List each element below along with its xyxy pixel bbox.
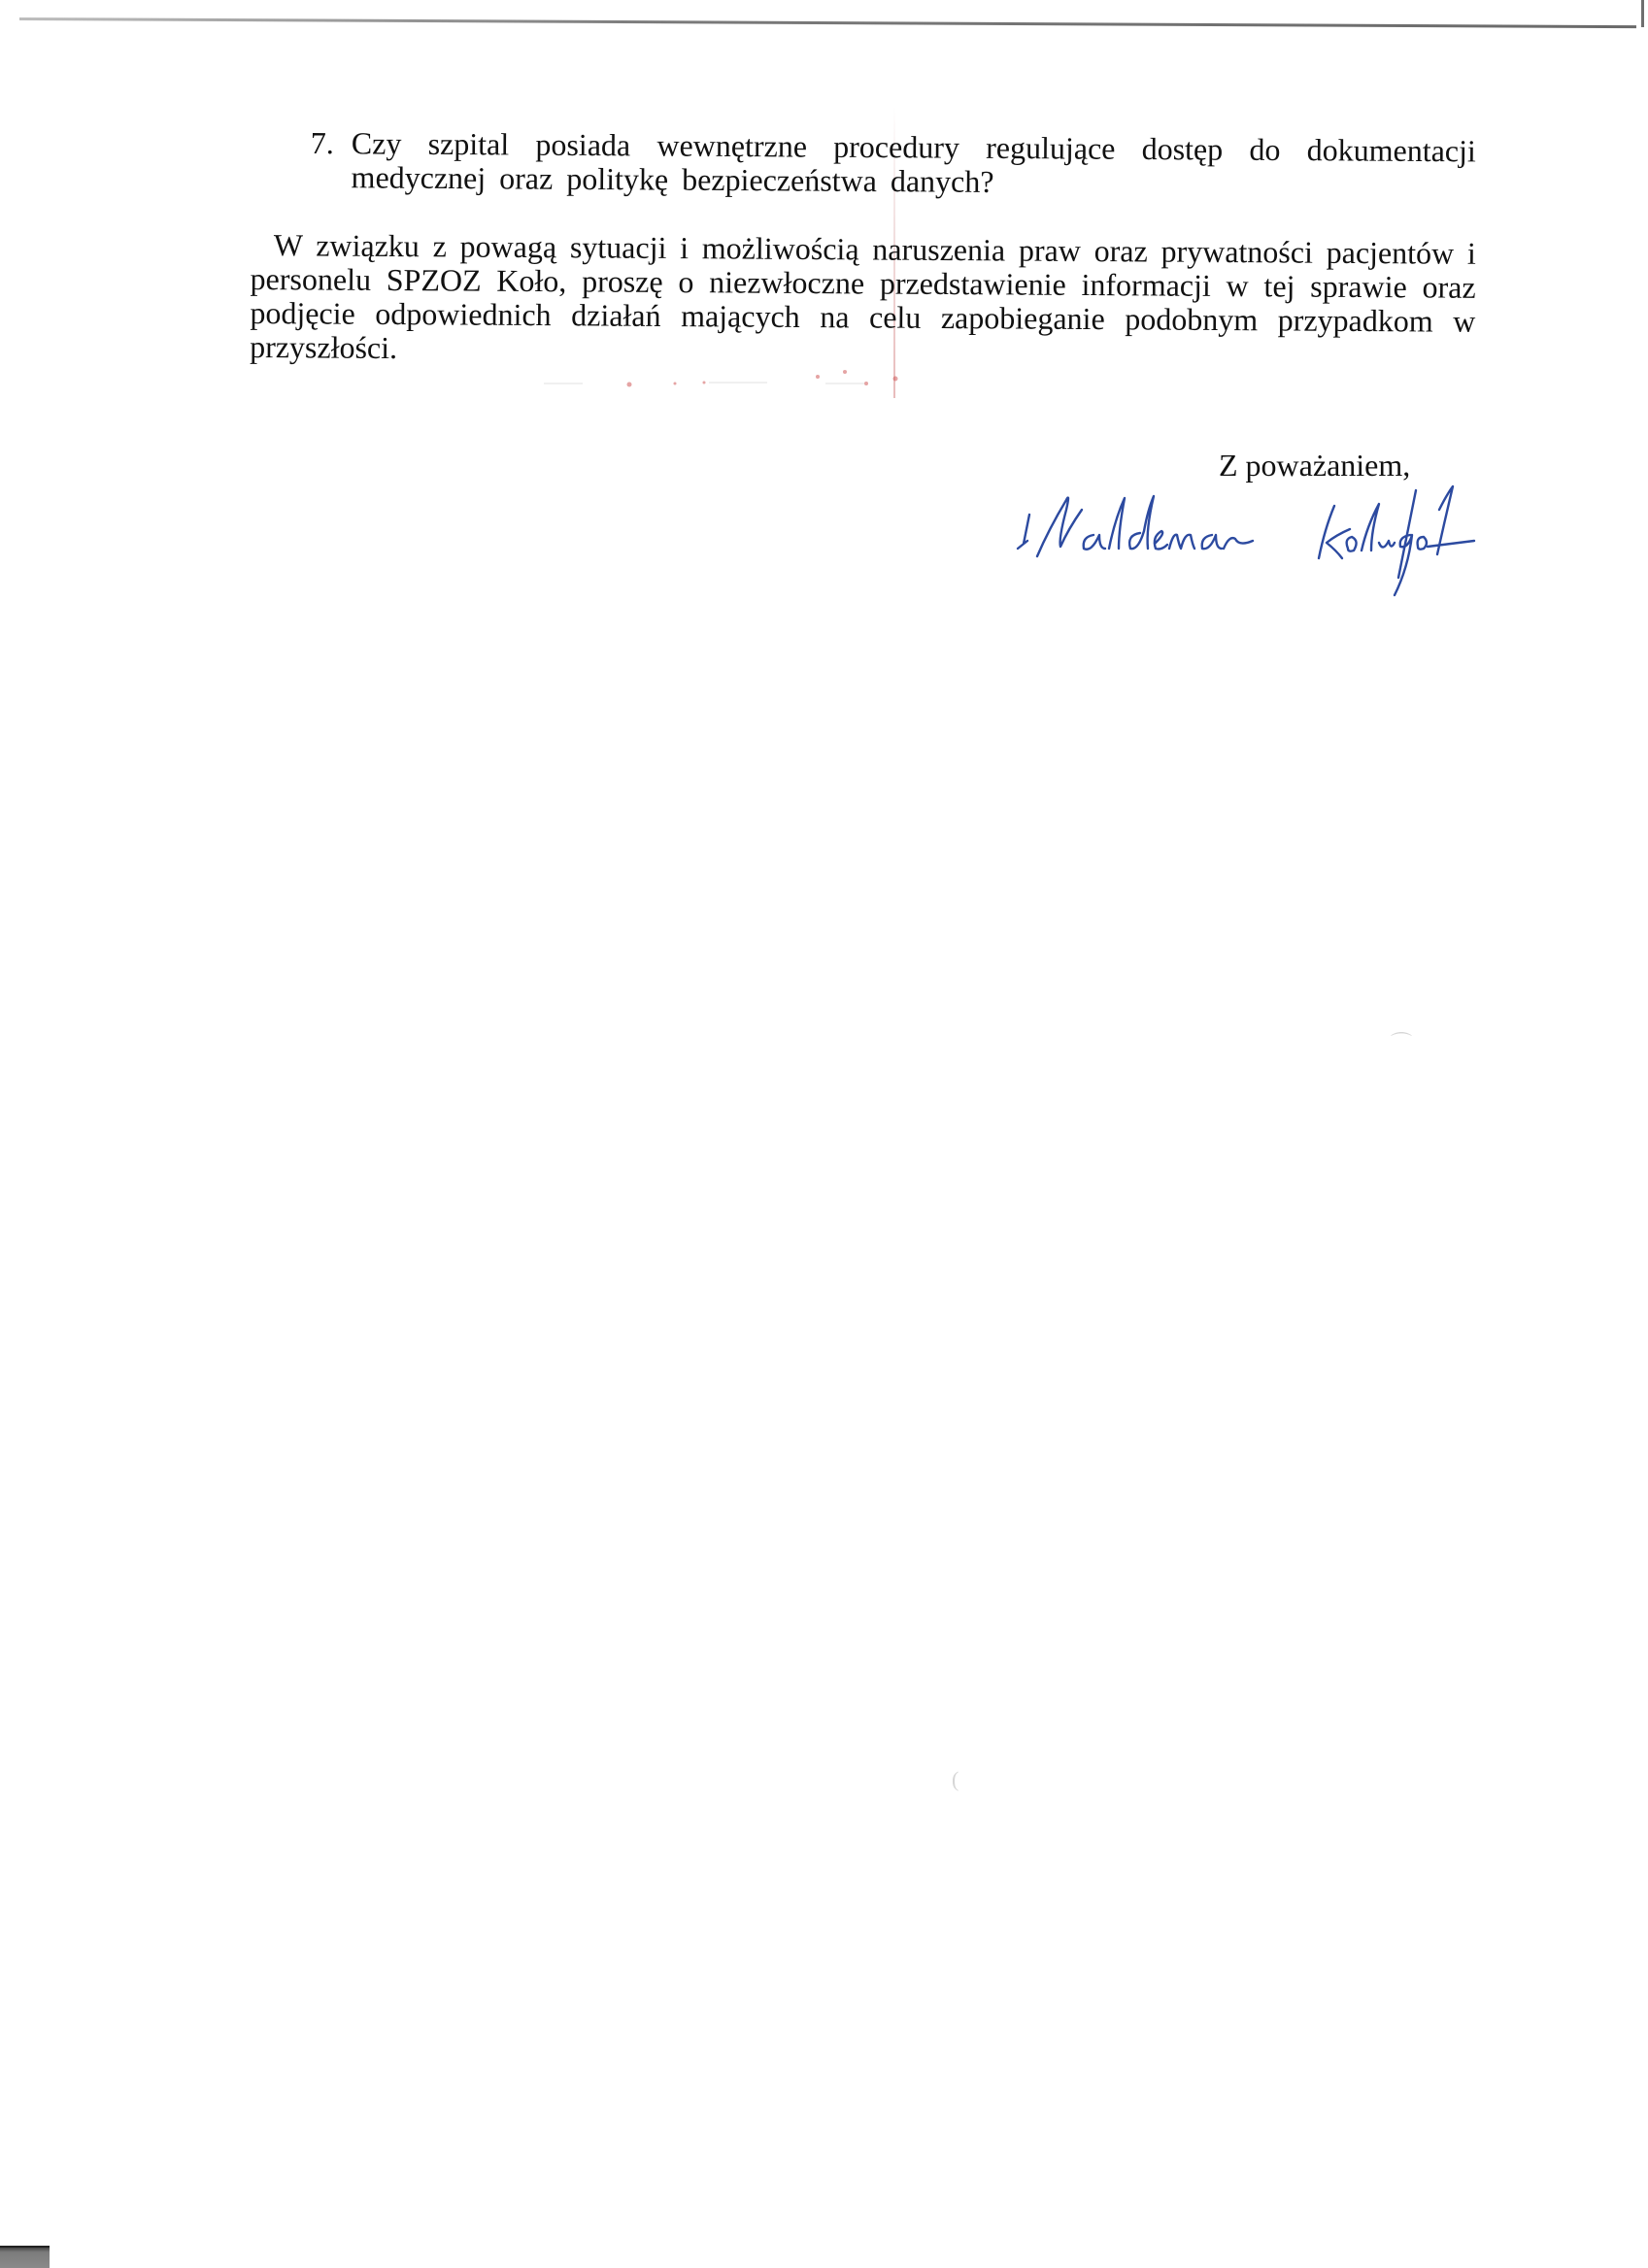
closing-paragraph: W związku z powagą sytuacji i możliwości…	[250, 228, 1476, 373]
scan-top-border	[19, 17, 1636, 28]
scan-speck: (	[952, 1767, 959, 1792]
scan-corner-artifact	[0, 2246, 50, 2268]
scan-right-border	[1641, 0, 1644, 27]
stamp-bleed-marks	[544, 367, 913, 396]
scan-speck: ⌒	[1391, 1027, 1412, 1057]
question-item-7: 7. Czy szpital posiada wewnętrzne proced…	[311, 126, 1476, 202]
handwritten-signature	[1010, 471, 1515, 617]
letter-body: 7. Czy szpital posiada wewnętrzne proced…	[251, 126, 1476, 395]
question-number: 7.	[311, 126, 352, 194]
question-text: Czy szpital posiada wewnętrzne procedury…	[352, 126, 1476, 202]
